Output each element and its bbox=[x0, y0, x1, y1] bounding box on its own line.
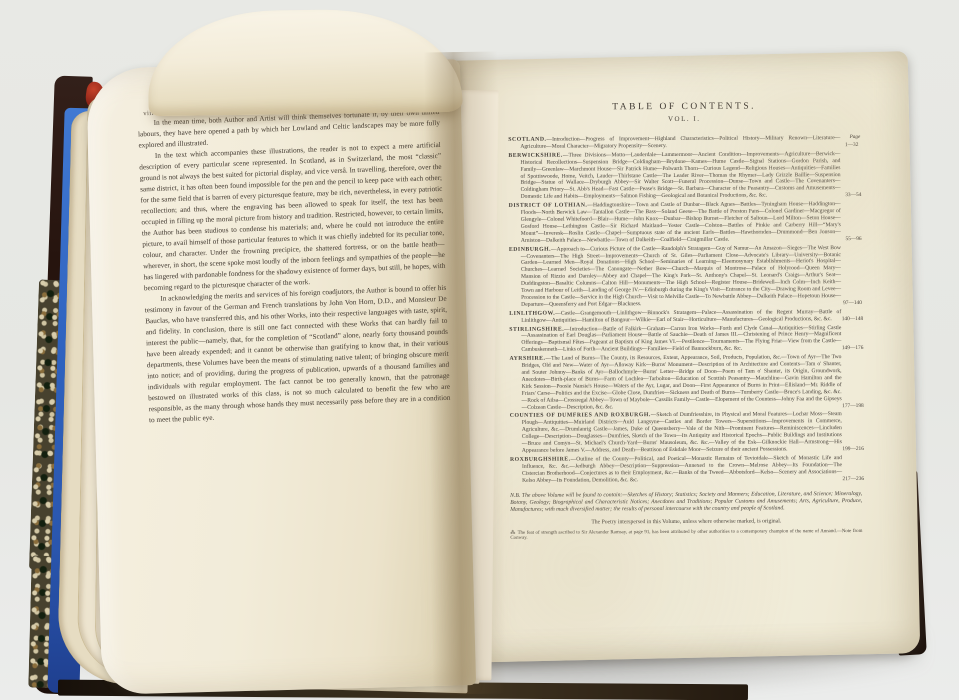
toc-entry-text: —Three Divisions—Motto—Lauderdale—Lammer… bbox=[520, 151, 840, 200]
toc-entry-text: —Approach to—Curious Picture of the Cast… bbox=[521, 245, 841, 308]
toc-entry-name: LINLITHGOW. bbox=[509, 310, 555, 316]
toc-volume: VOL. I. bbox=[508, 114, 860, 124]
toc-entry-pages: 199—216 bbox=[854, 446, 864, 453]
toc-entry: SCOTLAND.—Introduction—Progress of Impro… bbox=[508, 135, 860, 151]
toc-entry: ROXBURGHSHIRE.—Outline of the County—Pol… bbox=[510, 455, 862, 484]
toc-entry-text: —Introduction—Battle of Falkirk—Graham—C… bbox=[521, 325, 841, 353]
toc-entry: STIRLINGSHIRE.—Introduction—Battle of Fa… bbox=[509, 325, 861, 354]
toc-entry-text: —Introduction—Progress of Improvement—Hi… bbox=[520, 135, 840, 150]
toc-title: TABLE OF CONTENTS. bbox=[508, 101, 860, 113]
toc-entry-name: DISTRICT OF LOTHIAN. bbox=[509, 203, 588, 209]
toc-entry-pages: 140—148 bbox=[854, 316, 864, 323]
toc-entry-name: STIRLINGSHIRE. bbox=[509, 326, 564, 332]
toc-entry-text: —The Land of Burns—The County, its Resou… bbox=[521, 354, 841, 410]
toc-entry-name: COUNTIES OF DUMFRIES AND ROXBURGH. bbox=[510, 413, 651, 420]
footnote: ⁂The feat of strength ascribed to Sir Al… bbox=[510, 528, 862, 541]
toc-entry-pages: 97—140 bbox=[855, 300, 863, 307]
toc-entry-text: —Castle—Grangemouth—Linlithgow—Binnock's… bbox=[521, 309, 841, 324]
toc-entry-pages: 149—176 bbox=[854, 345, 864, 352]
toc-entry: COUNTIES OF DUMFRIES AND ROXBURGH.—Sketc… bbox=[510, 411, 862, 454]
preface: PREFACE. viii In the mean time, both Aut… bbox=[137, 84, 451, 426]
toc-entry: BERWICKSHIRE.—Three Divisions—Motto—Laud… bbox=[508, 151, 860, 201]
toc-entry: AYRSHIRE.—The Land of Burns—The County, … bbox=[509, 354, 861, 411]
toc-entry-pages: 217—236 bbox=[855, 476, 865, 483]
toc-entry: DISTRICT OF LOTHIAN.—Haddingtonshire—Tow… bbox=[509, 201, 861, 244]
preface-paragraphs: In the mean time, both Author and Artist… bbox=[137, 107, 451, 426]
preface-paragraph: In acknowledging the merits and services… bbox=[144, 283, 451, 426]
page-curl bbox=[147, 8, 462, 116]
toc-entry: LINLITHGOW.—Castle—Grangemouth—Linlithgo… bbox=[509, 309, 861, 325]
toc-entry-text: —Outline of the County—Political, and Po… bbox=[522, 455, 842, 483]
toc-entry-pages: 55—96 bbox=[857, 236, 862, 243]
toc-entry-name: EDINBURGH. bbox=[509, 246, 551, 252]
toc-entry-pages: 33—54 bbox=[857, 192, 862, 199]
toc-entry-name: AYRSHIRE. bbox=[509, 356, 545, 362]
nb-note: N.B. The above Volume will be found to c… bbox=[510, 491, 862, 514]
asterism-icon: ⁂ bbox=[510, 530, 515, 535]
book-photo: TABLE OF CONTENTS. VOL. I. Page SCOTLAND… bbox=[0, 0, 959, 700]
footnote-text: The feat of strength ascribed to Sir Ale… bbox=[510, 528, 862, 541]
toc-entries: SCOTLAND.—Introduction—Progress of Impro… bbox=[508, 135, 862, 484]
toc-entry-name: BERWICKSHIRE. bbox=[508, 152, 562, 158]
toc-entry-name: ROXBURGHSHIRE. bbox=[510, 456, 571, 462]
poetry-note: The Poetry interspersed in this Volume, … bbox=[510, 517, 862, 525]
preface-paragraph: In the text which accompanies these illu… bbox=[139, 140, 446, 294]
toc-entry-pages: 1—32 bbox=[857, 142, 862, 149]
left-page: PREFACE. viii In the mean time, both Aut… bbox=[86, 59, 476, 695]
table-of-contents: TABLE OF CONTENTS. VOL. I. Page SCOTLAND… bbox=[508, 101, 862, 542]
toc-entry: EDINBURGH.—Approach to—Curious Picture o… bbox=[509, 245, 861, 309]
toc-entry-name: SCOTLAND. bbox=[508, 137, 546, 143]
right-page: TABLE OF CONTENTS. VOL. I. Page SCOTLAND… bbox=[444, 51, 921, 663]
toc-entry-pages: 177—198 bbox=[854, 403, 864, 410]
